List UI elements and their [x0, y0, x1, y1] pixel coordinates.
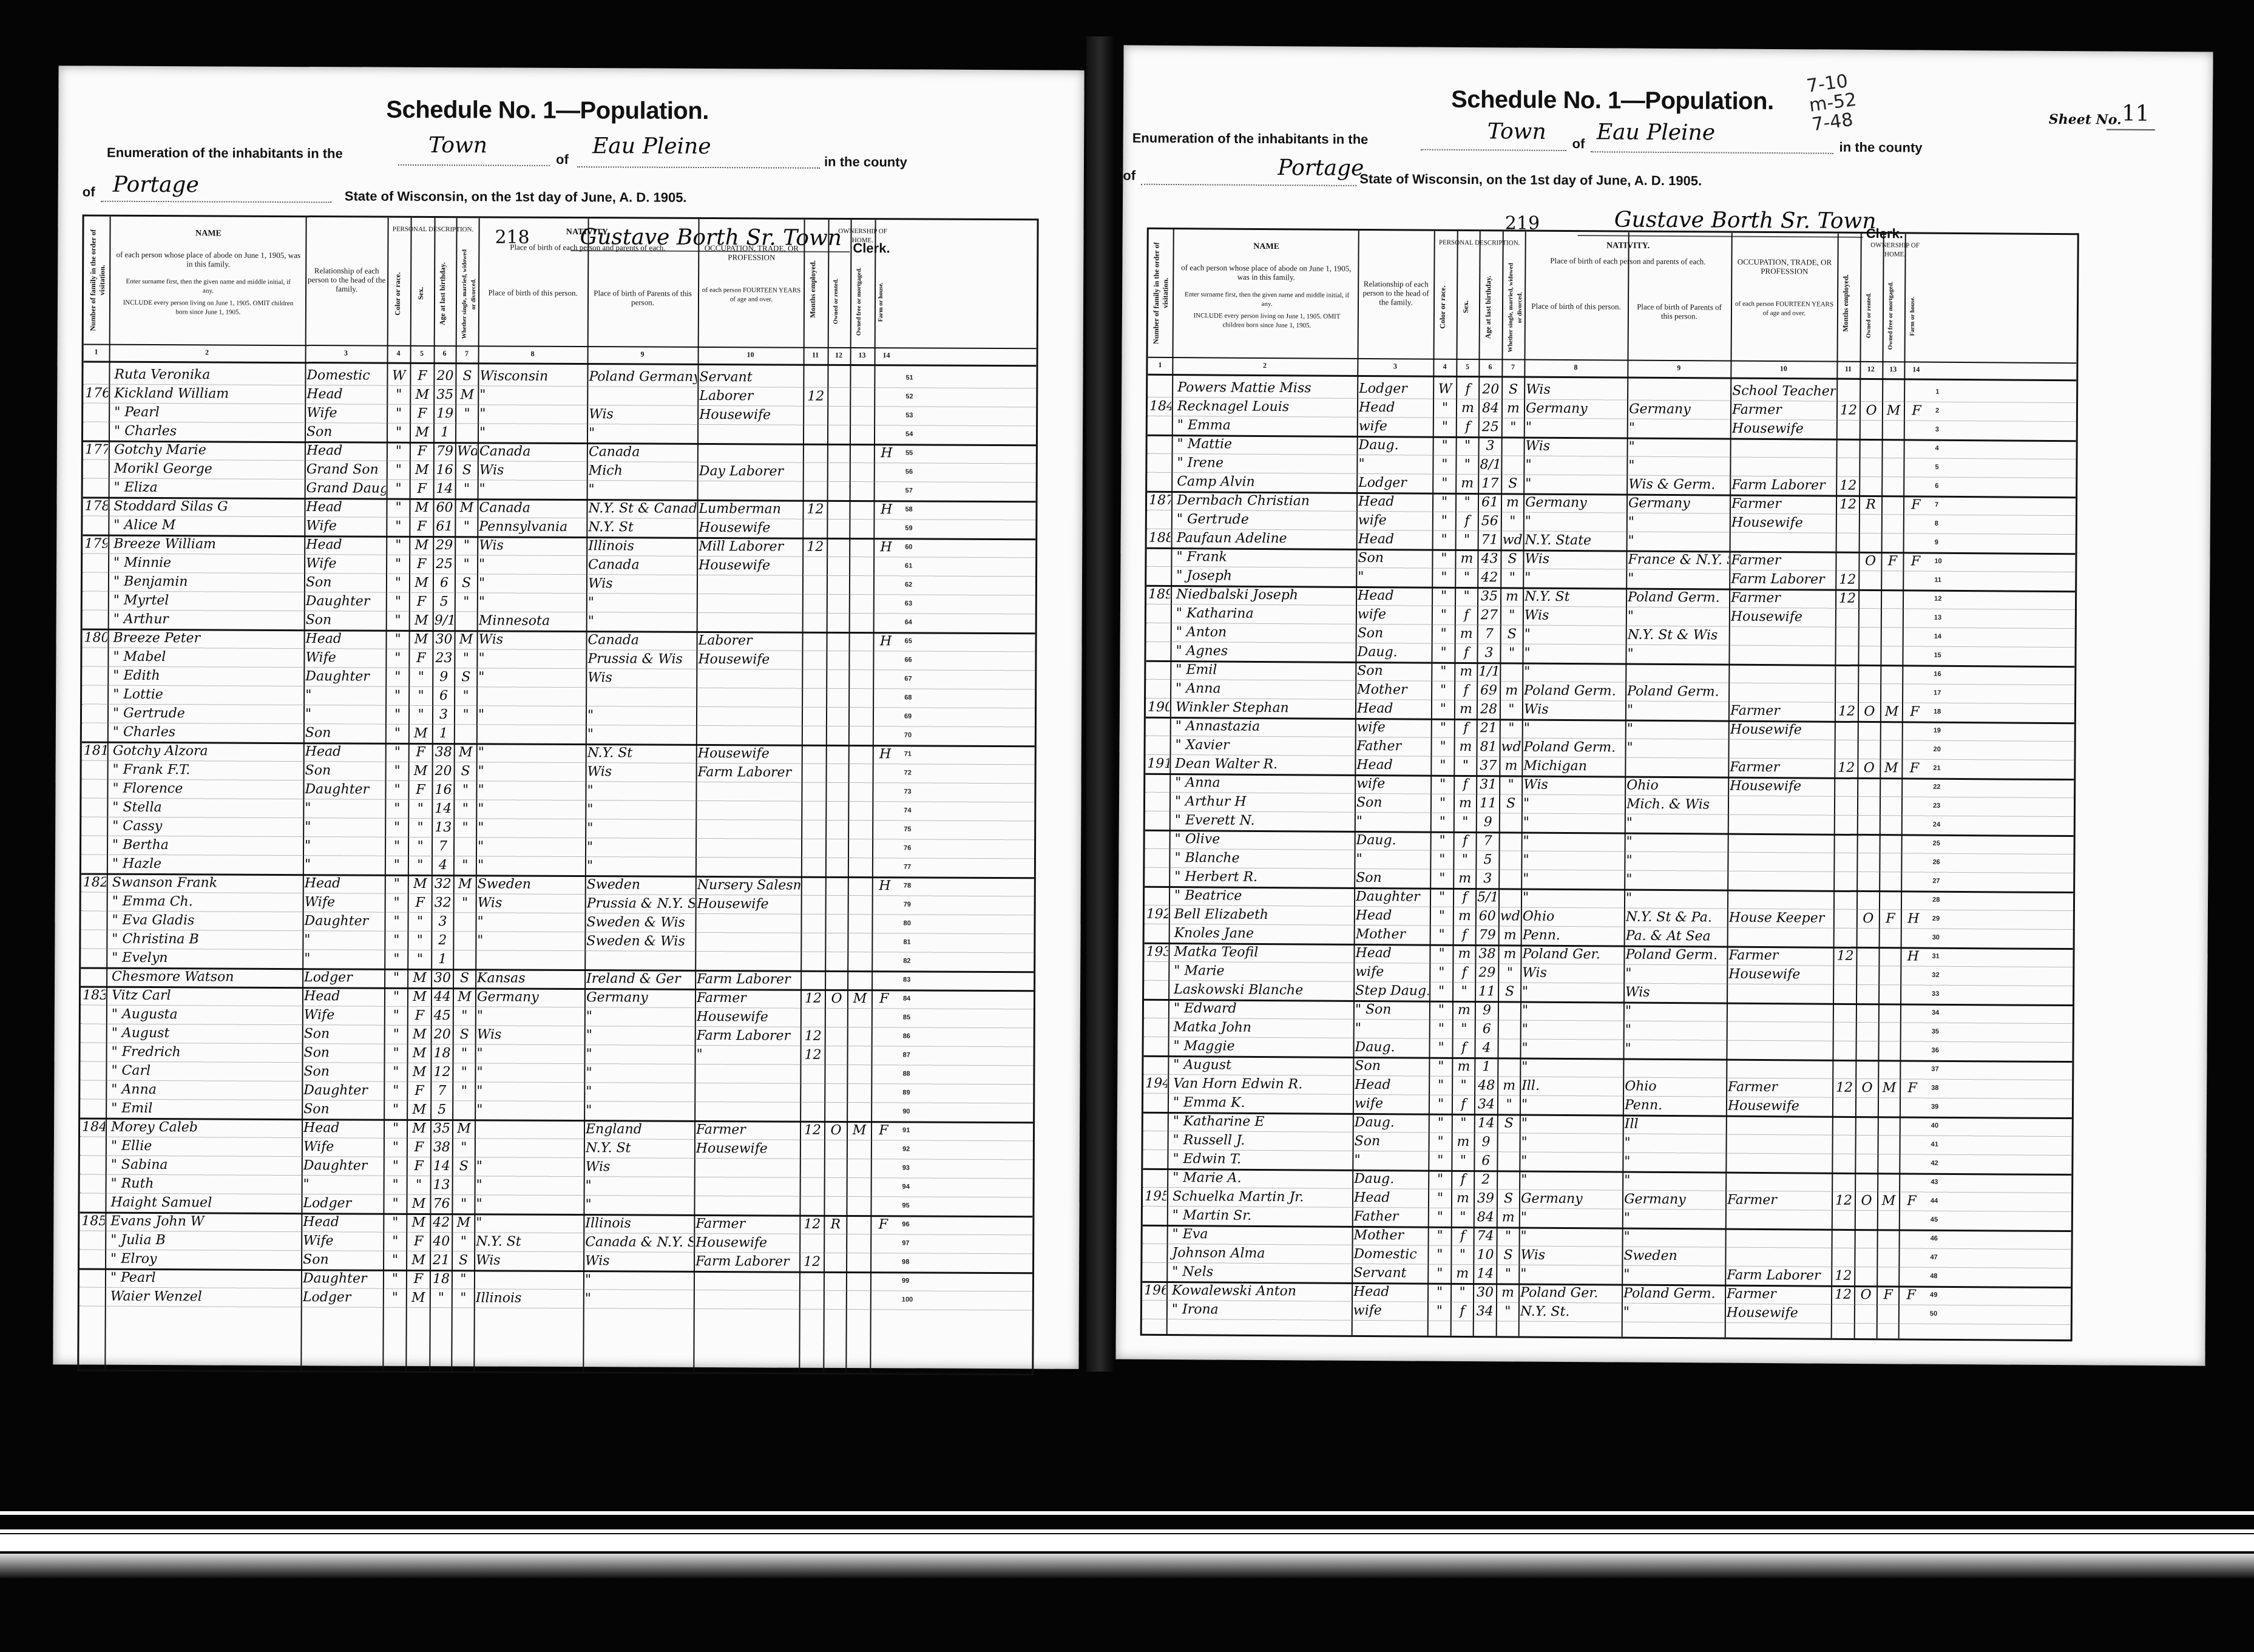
cell-farm [1900, 1267, 1922, 1285]
cell-family [83, 836, 106, 855]
cell-color: " [1431, 1001, 1452, 1020]
cell-age: 79 [1477, 926, 1498, 944]
cell-months [1835, 853, 1856, 872]
cell-marital: " [1503, 418, 1523, 436]
cell-farm [1906, 439, 1927, 458]
cell-months [803, 858, 825, 876]
cell-farm [1903, 872, 1924, 890]
cell-farm [1901, 1041, 1923, 1060]
cell-marital: S [456, 762, 476, 780]
cell-color: " [1432, 756, 1453, 775]
cell-birth: Kansas [477, 969, 584, 988]
line-number: 48 [1930, 1267, 1937, 1286]
cell-farm [1902, 1022, 1924, 1041]
cell-months: 12 [1833, 1285, 1853, 1304]
line-number: 93 [902, 1159, 910, 1177]
nativity-header-right: NATIVITY. [1528, 241, 1728, 251]
cell-name: " Mabel [109, 648, 306, 667]
cell-age: 21 [432, 1251, 451, 1270]
column-number: 1 [84, 348, 109, 357]
cell-marital: m [1503, 493, 1523, 512]
line-number: 19 [1934, 722, 1941, 740]
cell-family [1148, 623, 1170, 642]
cell-months [802, 970, 824, 989]
cell-own [828, 745, 848, 763]
cell-age: 5 [435, 592, 454, 611]
cell-name: " Stella [109, 798, 306, 818]
cell-parents-birth: Poland Germ. [1625, 946, 1726, 965]
cell-own [1857, 1041, 1877, 1060]
cell-own [1861, 458, 1881, 476]
cell-relation: Head [1354, 1188, 1427, 1208]
cell-birth: Pennsylvania [479, 517, 586, 537]
cell-occupation [1728, 1003, 1832, 1022]
free-mortgaged-header: Owned free or mortgaged. [855, 262, 871, 341]
cell-months [1833, 1154, 1854, 1173]
cell-months [1835, 909, 1856, 928]
cell-free [849, 1046, 871, 1065]
cell-sex: M [408, 1288, 429, 1307]
cell-birth: " [1521, 1133, 1622, 1153]
cell-color: " [386, 1044, 407, 1063]
cell-own [828, 575, 848, 594]
cell-color: " [388, 498, 408, 517]
cell-age: 42 [1479, 568, 1500, 587]
cell-own [1859, 777, 1879, 796]
cell-own [1858, 853, 1878, 872]
cell-own [827, 933, 847, 952]
cell-free [851, 613, 873, 632]
cell-months: 12 [1837, 570, 1858, 589]
cell-age: 35 [435, 385, 455, 404]
cell-farm [1901, 1229, 1923, 1248]
cell-birth: " [1524, 644, 1625, 663]
cell-age: 38 [434, 743, 453, 762]
cell-family [1145, 1168, 1166, 1187]
cell-age: 84 [1475, 1208, 1496, 1227]
cell-months [1836, 665, 1857, 683]
cell-own: O [1860, 702, 1880, 721]
cell-marital [1500, 1020, 1520, 1038]
cell-months [802, 914, 824, 933]
cell-own [825, 1271, 845, 1290]
cell-relation: Son [305, 723, 385, 743]
cell-marital: " [453, 1194, 473, 1213]
division-type: Town [428, 133, 487, 158]
cell-months: 12 [802, 1027, 824, 1046]
cell-relation: " [304, 949, 384, 969]
cell-name: Ruta Veronika [110, 365, 308, 385]
line-number: 16 [1934, 665, 1941, 684]
cell-family [83, 930, 106, 949]
cell-birth: Illinois [476, 1288, 583, 1308]
line-number: 70 [904, 726, 912, 745]
cell-own [828, 594, 848, 613]
cell-free [1878, 1304, 1898, 1323]
column-number: 2 [109, 348, 305, 357]
cell-own [825, 1234, 845, 1253]
cell-own [1860, 627, 1880, 646]
cell-farm [873, 914, 895, 933]
cell-relation: Head [305, 629, 385, 649]
cell-sex: " [1457, 587, 1477, 606]
cell-color: " [1433, 643, 1454, 662]
cell-own [828, 519, 848, 538]
cell-birth: " [477, 912, 584, 932]
cell-months [801, 1196, 823, 1215]
cell-name: " Elroy [107, 1250, 304, 1269]
cell-color: " [387, 762, 408, 780]
cell-parents-birth: " [587, 819, 695, 838]
cell-family [81, 1287, 104, 1306]
cell-sex: M [411, 574, 432, 592]
cell-parents-birth: Illinois [585, 1214, 693, 1233]
name-desc: of each person whose place of abode on J… [114, 250, 302, 269]
cell-age: 20 [434, 762, 453, 780]
cell-birth: " [1522, 1020, 1623, 1040]
cell-name: " Anna [1172, 679, 1358, 699]
cell-occupation [1732, 438, 1836, 458]
cell-marital: M [457, 385, 477, 404]
cell-occupation [698, 669, 801, 688]
cell-parents-birth: Ireland & Ger [586, 969, 694, 989]
line-number: 56 [905, 462, 913, 481]
cell-occupation: Lumberman [699, 499, 802, 519]
cell-occupation [1729, 890, 1833, 909]
cell-sex: " [1457, 530, 1477, 549]
cell-birth: " [476, 1194, 583, 1214]
cell-marital: Wd [457, 442, 477, 461]
cell-color: " [1435, 399, 1455, 418]
cell-age: 3 [1480, 436, 1501, 455]
cell-color: " [1433, 549, 1454, 568]
cell-family [83, 798, 106, 817]
cell-occupation: Farmer [1730, 758, 1833, 777]
cell-color: " [1433, 662, 1454, 681]
line-number: 30 [1932, 929, 1940, 947]
line-number: 21 [1933, 759, 1940, 778]
cell-occupation [696, 1083, 799, 1102]
cell-relation: Head [305, 874, 384, 893]
cell-sex: M [408, 1213, 429, 1232]
line-number: 2 [1935, 402, 1939, 421]
cell-birth: " [478, 837, 584, 856]
cell-relation: " [303, 1175, 383, 1194]
cell-months [1838, 420, 1859, 439]
line-number: 7 [1935, 496, 1938, 515]
cell-family [81, 1250, 104, 1268]
line-number: 95 [902, 1196, 909, 1215]
cell-parents-birth: Wis [589, 405, 697, 424]
cell-parents-birth: " [587, 706, 695, 725]
cell-occupation: Housewife [699, 405, 802, 425]
cell-months [805, 444, 827, 462]
cell-sex: M [411, 536, 432, 555]
cell-farm [876, 425, 898, 444]
cell-months: 12 [1836, 759, 1856, 777]
cell-parents-birth: " [1625, 1002, 1726, 1021]
cell-age: 23 [434, 649, 453, 668]
schedule-title-right: Schedule No. 1—Population. [1451, 86, 1774, 115]
cell-birth: " [479, 423, 586, 442]
cell-parents-birth: " [1626, 851, 1727, 871]
column-number: 7 [1501, 362, 1524, 371]
cell-marital: S [456, 574, 476, 592]
cell-age: 11 [1478, 794, 1498, 813]
cell-occupation: Housewife [696, 1139, 799, 1159]
cell-name: " Pearl [110, 403, 308, 422]
cell-parents-birth: Wis [585, 1251, 693, 1271]
occupation-desc-right: of each person FOURTEEN YEARS of age and… [1733, 300, 1835, 319]
cell-birth: " [479, 385, 586, 405]
cell-family [84, 685, 107, 704]
cell-age: 14 [432, 1157, 452, 1176]
cell-free [1883, 458, 1903, 476]
cell-relation: " [1356, 850, 1429, 869]
cell-farm: H [875, 500, 897, 519]
cell-relation: Son [303, 1250, 382, 1270]
cell-birth: " [479, 574, 586, 593]
cell-own [1858, 928, 1878, 947]
cell-own [827, 914, 847, 933]
cell-name: " Ellie [107, 1137, 305, 1156]
cell-relation: Son [1355, 1057, 1428, 1076]
cell-free [1881, 796, 1901, 815]
cell-parents-birth: " [587, 781, 695, 801]
cell-marital: " [1498, 1302, 1518, 1321]
cell-own [828, 726, 848, 745]
cell-color: " [1429, 1245, 1450, 1264]
cell-name: " Emil [107, 1099, 305, 1119]
cell-family: 181 [84, 742, 107, 760]
cell-color: " [387, 856, 407, 875]
line-number: 54 [905, 425, 913, 444]
cell-name: " Anton [1173, 623, 1359, 643]
cell-farm: H [1902, 947, 1924, 966]
cell-marital: " [1501, 700, 1521, 719]
cell-age: 16 [435, 461, 455, 479]
cell-marital: m [1498, 1208, 1518, 1227]
cell-family: 184 [82, 1118, 105, 1137]
cell-name: Evans John W [107, 1212, 304, 1231]
line-number: 10 [1934, 552, 1941, 571]
cell-relation: Son [1356, 868, 1429, 888]
cell-marital: " [454, 1063, 474, 1082]
cell-name: Laskowski Blanche [1170, 980, 1356, 1000]
cell-free [848, 1140, 870, 1159]
cell-color: " [1434, 512, 1455, 530]
birthplace-parents-header-right: Place of birth of Parents of this person… [1631, 302, 1728, 321]
cell-own [1856, 1229, 1877, 1248]
cell-sex: F [411, 442, 433, 461]
cell-sex: F [408, 1157, 430, 1176]
cell-birth: " [476, 1213, 583, 1233]
cell-farm [872, 1290, 894, 1309]
cell-age: 30 [433, 969, 452, 987]
cell-occupation: Housewife [1731, 513, 1835, 533]
cell-marital: M [456, 630, 476, 649]
cell-farm [874, 801, 896, 820]
cell-birth [477, 950, 584, 969]
cell-name: " Edwin T. [1169, 1149, 1355, 1170]
state-date-label: State of Wisconsin, on the 1st day of Ju… [345, 188, 687, 205]
cell-marital: S [455, 1025, 475, 1044]
cell-own [827, 858, 847, 876]
cell-color: " [388, 536, 408, 555]
cell-relation: Son [1356, 793, 1430, 813]
cell-occupation: Farm Laborer [1731, 570, 1835, 589]
cell-birth: " [1522, 983, 1623, 1002]
cell-name: " Mattie [1174, 435, 1360, 455]
cell-age: 35 [1479, 587, 1500, 606]
cell-farm [1901, 1116, 1923, 1135]
cell-occupation: Farmer [696, 1120, 799, 1140]
cell-free [851, 406, 873, 425]
line-number: 26 [1932, 853, 1940, 872]
cell-farm [872, 1196, 894, 1215]
cell-own [1857, 1097, 1877, 1116]
cell-sex: " [408, 1176, 430, 1194]
column-number: 12 [828, 351, 850, 360]
cell-parents-birth: " [585, 1289, 693, 1308]
cell-months [805, 368, 827, 387]
cell-sex: F [408, 1138, 430, 1157]
cell-parents-birth: Germany [1628, 494, 1729, 513]
cell-farm [1903, 890, 1924, 909]
cell-own: R [1861, 495, 1881, 514]
cell-occupation: Farmer [1731, 551, 1835, 570]
cell-family [1146, 1018, 1168, 1037]
cell-age: 60 [435, 498, 454, 517]
cell-color: " [1433, 568, 1454, 587]
cell-family [85, 459, 108, 478]
cell-own [826, 1065, 846, 1083]
cell-farm [874, 858, 896, 876]
cell-parents-birth: N.Y. St [588, 518, 696, 537]
cell-sex: M [411, 611, 432, 630]
cell-birth: " [479, 479, 586, 499]
cell-sex: f [1457, 606, 1477, 625]
cell-parents-birth: " [1629, 438, 1730, 457]
cell-name: Bell Elizabeth [1171, 905, 1357, 925]
color-header-right: Color or race. [1438, 262, 1454, 353]
line-number: 42 [1931, 1154, 1938, 1173]
cell-color: " [385, 1119, 406, 1138]
line-number: 27 [1932, 872, 1940, 891]
cell-own [1860, 589, 1880, 608]
cell-relation: " [305, 855, 384, 875]
line-number: 17 [1934, 684, 1941, 703]
cell-parents-birth: " [1627, 720, 1728, 739]
cell-marital [1499, 1038, 1519, 1057]
cell-occupation: Farmer [1727, 1285, 1830, 1304]
cell-parents-birth: " [1625, 1134, 1725, 1153]
cell-relation: wife [1356, 774, 1430, 794]
cell-free [848, 1215, 870, 1234]
cell-farm [1903, 928, 1924, 947]
cell-parents-birth: Mich. & Wis [1626, 795, 1727, 814]
cell-age: 32 [433, 893, 453, 912]
cell-age: 44 [433, 987, 452, 1006]
cell-marital [1500, 850, 1520, 869]
cell-farm [1904, 608, 1926, 627]
cell-occupation [697, 819, 800, 839]
cell-parents-birth: Ohio [1625, 1077, 1725, 1097]
cell-own [829, 368, 849, 387]
cell-sex: F [411, 404, 433, 423]
cell-birth: " [1521, 1058, 1622, 1077]
cell-farm [875, 613, 897, 632]
cell-sex: F [411, 555, 432, 574]
cell-relation: " [1356, 812, 1430, 831]
cell-free [1880, 1041, 1899, 1060]
cell-free [850, 782, 871, 801]
cell-age: 69 [1478, 681, 1499, 700]
cell-months [802, 1177, 824, 1196]
cell-free [848, 1253, 870, 1271]
cell-marital: " [455, 780, 475, 799]
name-header: NAME [114, 229, 302, 239]
cell-sex: F [411, 479, 433, 498]
line-number: 29 [1932, 910, 1940, 929]
cell-family [1149, 435, 1171, 453]
cell-sex: " [410, 668, 432, 686]
cell-color: " [387, 705, 408, 724]
cell-months [1837, 627, 1858, 646]
cell-relation: Servant [1353, 1264, 1427, 1283]
cell-family [1147, 773, 1169, 792]
cell-free [1883, 514, 1903, 533]
cell-family: 180 [84, 629, 107, 648]
column-number: 7 [456, 349, 478, 358]
cell-sex: " [1455, 850, 1475, 869]
cell-free [850, 745, 872, 763]
cell-color: " [1431, 944, 1452, 963]
cell-birth: " [479, 404, 586, 424]
cell-occupation: Housewife [1727, 1304, 1830, 1323]
line-number: 99 [902, 1271, 909, 1290]
cell-name: " Ruth [107, 1174, 305, 1194]
cell-color: " [385, 1176, 406, 1194]
cell-marital: " [1499, 1095, 1519, 1114]
line-number: 58 [905, 500, 912, 519]
cell-age: 79 [435, 442, 455, 461]
cell-farm [873, 1008, 895, 1027]
cell-occupation [1730, 814, 1833, 834]
cell-occupation [1730, 796, 1833, 815]
cell-parents-birth: " [1624, 1153, 1725, 1172]
birthplace-parents-header: Place of birth of Parents of this person… [591, 288, 695, 307]
cell-relation: " [1358, 567, 1431, 587]
cell-occupation: Housewife [1728, 1097, 1832, 1116]
cell-free [848, 1290, 870, 1309]
cell-free [851, 462, 873, 481]
cell-birth: " [476, 1157, 583, 1176]
cell-months [801, 1234, 823, 1253]
cell-color: " [387, 668, 408, 686]
cell-occupation: Farmer [1731, 495, 1835, 514]
cell-name: " Eva [1169, 1225, 1355, 1245]
cell-family [1145, 1225, 1166, 1244]
line-number: 62 [905, 575, 912, 594]
cell-family [83, 1005, 106, 1024]
cell-color: " [1430, 1038, 1451, 1057]
cell-family: 196 [1144, 1281, 1166, 1300]
cell-farm: F [1901, 1078, 1923, 1097]
occupation-header-right: OCCUPATION, TRADE, OR PROFESSION [1733, 257, 1835, 276]
cell-age: 6 [1477, 1020, 1497, 1038]
cell-marital: " [453, 1288, 473, 1307]
